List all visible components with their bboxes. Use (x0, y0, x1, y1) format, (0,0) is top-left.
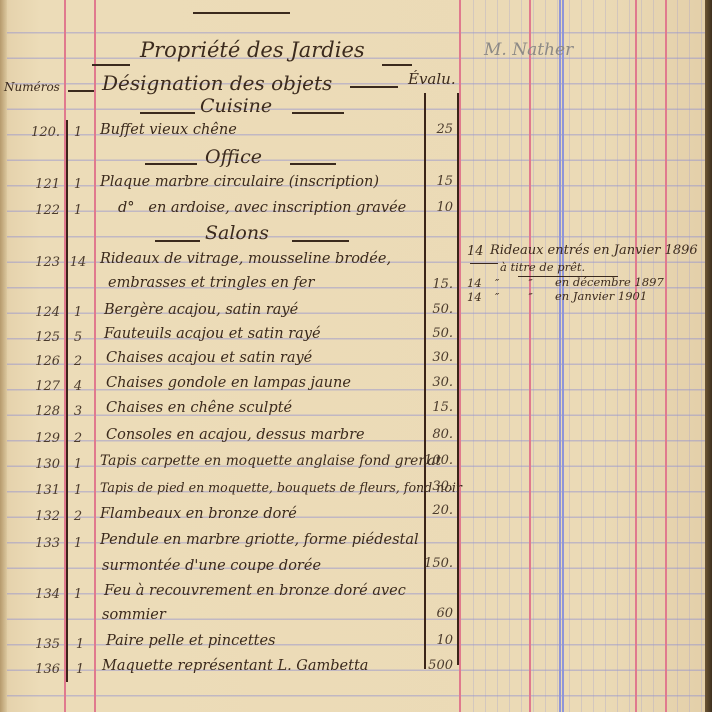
annotation-text: à titre de prêt. (500, 260, 585, 274)
item-number: 124 (4, 305, 60, 320)
item-quantity: 1 (68, 305, 88, 320)
red-rule (635, 0, 637, 712)
item-description: Rideaux de vitrage, mousseline brodée, (100, 251, 391, 267)
section-dash (145, 163, 197, 165)
item-number: 136 (4, 662, 60, 677)
annotation-underline (470, 263, 498, 264)
item-value: 80. (413, 427, 453, 442)
annotation-text: en Janvier 1901 (555, 289, 647, 303)
item-quantity: 1 (68, 587, 88, 602)
item-value: 20. (413, 503, 453, 518)
item-number: 125 (4, 330, 60, 345)
item-description: Fauteuils acajou et satin rayé (104, 326, 321, 342)
item-value: 30. (413, 479, 453, 494)
item-number: 122 (4, 203, 60, 218)
item-number: 130 (4, 457, 60, 472)
item-value: 150. (413, 556, 453, 571)
page-edge (705, 0, 712, 712)
item-quantity: 1 (68, 483, 88, 498)
item-description-continued: embrasses et tringles en fer (108, 275, 314, 291)
red-rule (94, 0, 96, 712)
item-value: 50. (413, 302, 453, 317)
column-header-numbers: Numéros (4, 80, 60, 94)
column-header-value: Évalu. (408, 70, 456, 88)
item-quantity: 5 (68, 330, 88, 345)
ditto-marks: ″ ″ (495, 290, 533, 304)
section-dash (292, 240, 349, 242)
item-description: Flambeaux en bronze doré (100, 506, 297, 522)
ledger-page: Propriété des Jardies M. Nather Numéros … (0, 0, 712, 712)
item-value: 15. (413, 277, 453, 292)
item-number: 133 (4, 536, 60, 551)
item-quantity: 3 (68, 404, 88, 419)
item-description: Chaises acajou et satin rayé (106, 350, 312, 366)
blue-rule (562, 0, 564, 712)
item-quantity: 1 (70, 637, 90, 652)
item-value: 25 (413, 122, 453, 137)
item-quantity: 2 (68, 431, 88, 446)
item-number: 123 (4, 255, 60, 270)
fine-grid (462, 0, 706, 712)
red-rule (459, 0, 461, 712)
item-description: Tapis de pied en moquette, bouquets de f… (100, 480, 462, 495)
item-description: Buffet vieux chêne (100, 122, 237, 138)
item-number: 128 (4, 404, 60, 419)
item-description: Consoles en acajou, dessus marbre (106, 427, 365, 443)
item-number: 126 (4, 354, 60, 369)
item-value: 10 (413, 200, 453, 215)
item-number: 129 (4, 431, 60, 446)
item-value: 100. (413, 453, 453, 468)
annotation-qty: 14 (467, 276, 482, 290)
red-rule (665, 0, 667, 712)
title-dash (382, 64, 412, 66)
section-dash (290, 163, 336, 165)
title-dash (92, 64, 130, 66)
item-description: Chaises gondole en lampas jaune (106, 375, 351, 391)
item-value: 500 (413, 658, 453, 673)
item-number: 131 (4, 483, 60, 498)
section-dash (292, 112, 344, 114)
value-column-right-rule (457, 93, 459, 665)
item-number: 120. (4, 125, 60, 140)
item-description: Pendule en marbre griotte, forme piédest… (100, 532, 419, 548)
item-quantity: 1 (68, 457, 88, 472)
annotation-text: en décembre 1897 (555, 275, 664, 289)
item-quantity: 1 (68, 177, 88, 192)
annotation-qty: 14 (467, 290, 482, 304)
annotation-text: Rideaux entrés en Janvier 1896 (490, 243, 698, 258)
item-number: 127 (4, 379, 60, 394)
item-value: 50. (413, 326, 453, 341)
section-dash (155, 240, 200, 242)
item-quantity: 1 (70, 662, 90, 677)
item-description-continued: surmontée d'une coupe dorée (102, 558, 321, 574)
page-title: Propriété des Jardies (140, 38, 365, 62)
item-description: Tapis carpette en moquette anglaise fond… (100, 453, 441, 469)
item-quantity: 4 (68, 379, 88, 394)
blue-rule (559, 0, 561, 712)
item-quantity: 2 (68, 509, 88, 524)
item-number: 134 (4, 587, 60, 602)
item-value: 30. (413, 350, 453, 365)
item-description: Paire pelle et pincettes (106, 633, 276, 649)
item-quantity: 14 (68, 255, 88, 270)
item-description: Plaque marbre circulaire (inscription) (100, 174, 379, 190)
column-header-designation: Désignation des objets (102, 71, 332, 95)
item-quantity: 1 (68, 203, 88, 218)
item-value: 30. (413, 375, 453, 390)
section-heading-salons: Salons (205, 222, 269, 244)
item-number: 132 (4, 509, 60, 524)
section-heading-office: Office (205, 146, 262, 168)
item-description: d° en ardoise, avec inscription gravée (118, 200, 406, 216)
item-description: Feu à recouvrement en bronze doré avec (104, 583, 406, 599)
ditto-marks: ″ ″ (495, 276, 533, 290)
section-dash (140, 112, 195, 114)
item-description-continued: sommier (102, 607, 166, 623)
item-quantity: 1 (68, 125, 88, 140)
header-dash (350, 86, 398, 88)
item-value: 15. (413, 400, 453, 415)
header-dash (68, 90, 94, 92)
annotation-qty: 14 (467, 244, 484, 259)
item-description: Maquette représentant L. Gambetta (102, 658, 368, 674)
margin-name: M. Nather (484, 40, 573, 60)
item-description: Chaises en chêne sculpté (106, 400, 292, 416)
red-rule (529, 0, 531, 712)
item-quantity: 2 (68, 354, 88, 369)
top-stroke (193, 12, 290, 14)
item-value: 10 (413, 633, 453, 648)
item-number: 121 (4, 177, 60, 192)
item-number: 135 (4, 637, 60, 652)
item-value: 60 (413, 606, 453, 621)
item-value: 15 (413, 174, 453, 189)
section-heading-cuisine: Cuisine (200, 95, 272, 117)
item-quantity: 1 (68, 536, 88, 551)
item-description: Bergère acajou, satin rayé (104, 302, 298, 318)
